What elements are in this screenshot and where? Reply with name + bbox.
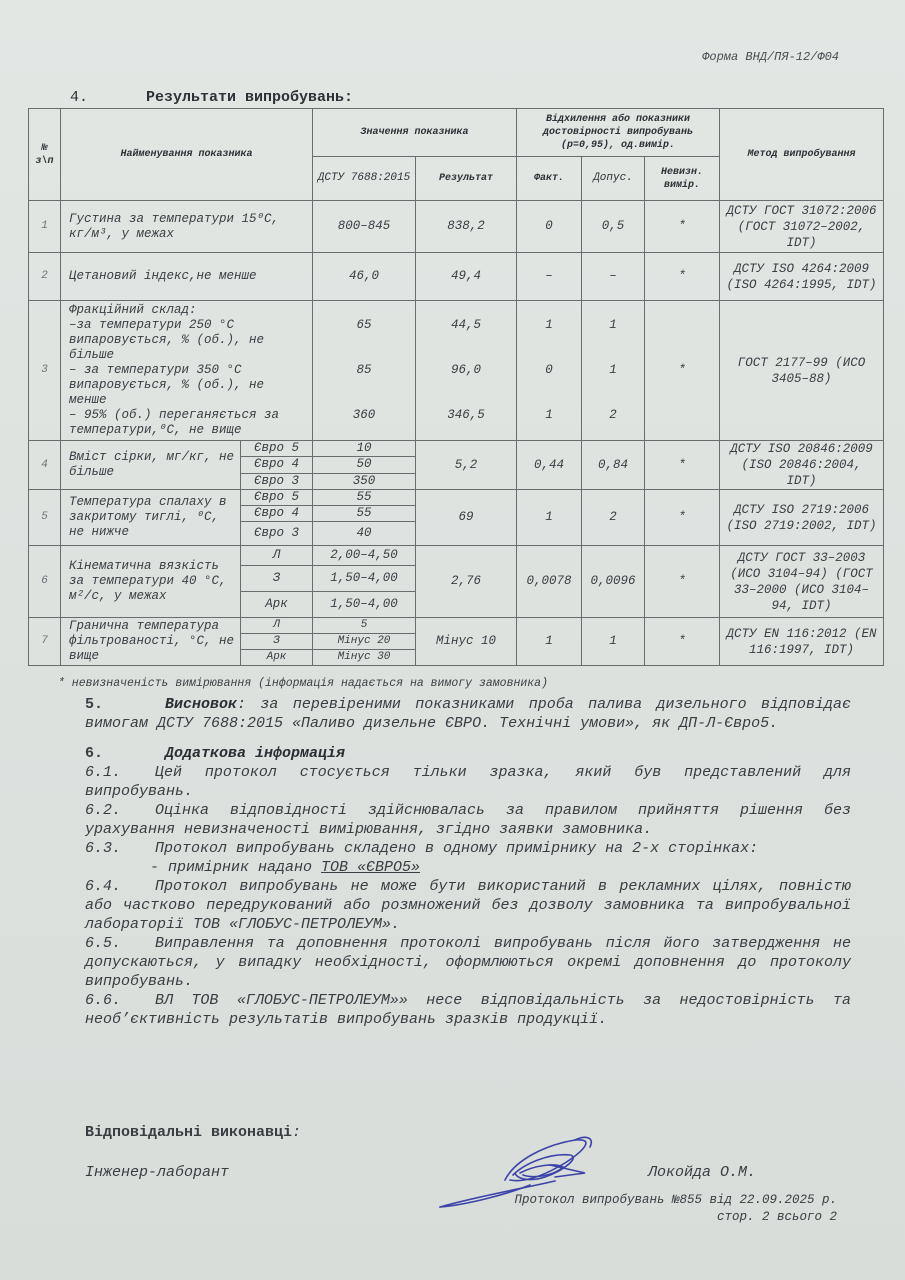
sub-value: 96,0 (420, 363, 512, 378)
row-result: 49,4 (416, 253, 517, 301)
class-label: З (241, 566, 313, 592)
class-label: Євро 3 (241, 473, 313, 489)
body-text: 5.Висновок: за перевіреними показниками … (85, 695, 851, 1029)
signatory-role: Інженер-лаборант (85, 1164, 229, 1181)
signatory-name: Локойда О.М. (648, 1164, 756, 1181)
row-uncertainty: * (645, 441, 720, 490)
sub-value: 346,5 (420, 408, 512, 423)
row-uncertainty: * (645, 546, 720, 618)
table-row: 1 Густина за температури 15⁰С, кг/м³, у … (29, 201, 884, 253)
row-name: Цетановий індекс,не менше (61, 253, 313, 301)
row-tolerance: 0,0096 (582, 546, 645, 618)
table-row: 2 Цетановий індекс,не менше 46,0 49,4 – … (29, 253, 884, 301)
document-page: Форма ВНД/ПЯ-12/Ф04 4.Результати випробу… (0, 0, 905, 1280)
item-number: 6.3. (85, 839, 155, 858)
item-number: 6.5. (85, 934, 155, 953)
sub-value: 0 (521, 363, 577, 378)
class-value: 1,50–4,00 (313, 592, 416, 618)
row-method: ДСТУ ISO 2719:2006 (ISO 2719:2002, IDT) (720, 490, 884, 546)
header-name: Найменування показника (61, 109, 313, 201)
row-dstu: 46,0 (313, 253, 416, 301)
row-uncertainty: * (645, 618, 720, 666)
row-tolerance: 2 (582, 490, 645, 546)
section-6-title: 6.Додаткова інформація (85, 744, 851, 763)
class-label: Євро 3 (241, 522, 313, 546)
row-uncertainty: * (645, 253, 720, 301)
class-value: 350 (313, 473, 416, 489)
section-6-heading: Додаткова інформація (165, 745, 345, 762)
class-value: Мінус 30 (313, 650, 416, 666)
results-table: № з\п Найменування показника Значення по… (28, 108, 884, 666)
row-name: Вміст сірки, мг/кг, не більше (61, 441, 241, 490)
copy-recipient: ТОВ «ЄВРО5» (321, 859, 420, 876)
row-result: 69 (416, 490, 517, 546)
row-method: ГОСТ 2177–99 (ИСО 3405–88) (720, 301, 884, 441)
row-name-line: –за температури 250 °С випаровується, % … (69, 318, 308, 363)
responsible-title: Відповідальні виконавці: (85, 1124, 301, 1141)
row-result: 5,2 (416, 441, 517, 490)
section-6-number: 6. (85, 744, 165, 763)
item-text: Цей протокол стосується тільки зразка, я… (85, 764, 851, 800)
row-fact: 0,44 (517, 441, 582, 490)
section-4-number: 4. (70, 89, 146, 106)
class-label: Арк (241, 592, 313, 618)
item-number: 6.4. (85, 877, 155, 896)
class-label: Євро 4 (241, 506, 313, 522)
header-value-group: Значення показника (313, 109, 517, 157)
header-result: Результат (416, 157, 517, 201)
class-label: Євро 5 (241, 490, 313, 506)
class-value: 1,50–4,00 (313, 566, 416, 592)
header-uncertainty: Невизн. вимір. (645, 157, 720, 201)
row-name: Температура спалаху в закритому тиглі, ⁰… (61, 490, 241, 546)
row-num: 1 (29, 201, 61, 253)
page-number: стор. 2 всього 2 (514, 1209, 837, 1226)
header-dstu: ДСТУ 7688:2015 (313, 157, 416, 201)
row-tolerance: 0,84 (582, 441, 645, 490)
table-row: 6 Кінематична вязкість за температури 40… (29, 546, 884, 566)
row-name-line: – за температури 350 °С випаровується, %… (69, 363, 308, 408)
row-uncertainty: * (645, 301, 720, 441)
sub-value: 44,5 (420, 318, 512, 333)
row-dstu: 800–845 (313, 201, 416, 253)
section-4-heading: Результати випробувань: (146, 89, 353, 106)
header-deviation-group: Відхилення або показники достовірності в… (517, 109, 720, 157)
class-value: Мінус 20 (313, 634, 416, 650)
row-name: Густина за температури 15⁰С, кг/м³, у ме… (61, 201, 313, 253)
table-row: 3 Фракційний склад: –за температури 250 … (29, 301, 884, 441)
row-num: 5 (29, 490, 61, 546)
row-tolerance: 1 1 2 (582, 301, 645, 441)
header-fact: Факт. (517, 157, 582, 201)
row-num: 3 (29, 301, 61, 441)
conclusion-label: Висновок (165, 696, 237, 713)
sub-value: 1 (521, 408, 577, 423)
row-name-line: Фракційний склад: (69, 303, 308, 318)
class-value: 2,00–4,50 (313, 546, 416, 566)
row-tolerance: – (582, 253, 645, 301)
row-num: 4 (29, 441, 61, 490)
row-result: 44,5 96,0 346,5 (416, 301, 517, 441)
row-fact: – (517, 253, 582, 301)
class-label: Євро 4 (241, 457, 313, 473)
row-fact: 1 (517, 490, 582, 546)
row-result: Мінус 10 (416, 618, 517, 666)
class-label: Євро 5 (241, 441, 313, 457)
row-uncertainty: * (645, 201, 720, 253)
row-method: ДСТУ ГОСТ 31072:2006 (ГОСТ 31072–2002, I… (720, 201, 884, 253)
class-value: 10 (313, 441, 416, 457)
item-number: 6.2. (85, 801, 155, 820)
section-5-conclusion: 5.Висновок: за перевіреними показниками … (85, 695, 851, 733)
sub-value: 360 (317, 408, 411, 423)
class-value: 40 (313, 522, 416, 546)
row-num: 6 (29, 546, 61, 618)
item-6-6: 6.6.ВЛ ТОВ «ГЛОБУС-ПЕТРОЛЕУМ»» несе відп… (85, 991, 851, 1029)
row-num: 2 (29, 253, 61, 301)
row-fact: 0,0078 (517, 546, 582, 618)
row-method: ДСТУ ГОСТ 33–2003 (ИСО 3104–94) (ГОСТ 33… (720, 546, 884, 618)
row-result: 2,76 (416, 546, 517, 618)
class-value: 5 (313, 618, 416, 634)
header-row-1: № з\п Найменування показника Значення по… (29, 109, 884, 157)
table-row: 5 Температура спалаху в закритому тиглі,… (29, 490, 884, 506)
header-tolerance: Допус. (582, 157, 645, 201)
item-text: ВЛ ТОВ «ГЛОБУС-ПЕТРОЛЕУМ»» несе відповід… (85, 992, 851, 1028)
item-text: Оцінка відповідності здійснювалась за пр… (85, 802, 851, 838)
section-4-title: 4.Результати випробувань: (70, 89, 353, 106)
row-fact: 1 (517, 618, 582, 666)
class-value: 55 (313, 490, 416, 506)
class-label: Арк (241, 650, 313, 666)
row-name-line: – 95% (об.) переганяється за температури… (69, 408, 308, 438)
item-text: Протокол випробувань не може бути викори… (85, 878, 851, 933)
class-value: 55 (313, 506, 416, 522)
row-fact: 0 (517, 201, 582, 253)
row-name: Кінематична вязкість за температури 40 °… (61, 546, 241, 618)
row-method: ДСТУ ISO 4264:2009 (ISO 4264:1995, IDT) (720, 253, 884, 301)
row-num: 7 (29, 618, 61, 666)
row-method: ДСТУ EN 116:2012 (EN 116:1997, IDT) (720, 618, 884, 666)
item-6-3: 6.3.Протокол випробувань складено в одно… (85, 839, 851, 858)
class-label: З (241, 634, 313, 650)
row-uncertainty: * (645, 490, 720, 546)
header-num: № з\п (29, 109, 61, 201)
copy-prefix: - примірник надано (150, 859, 321, 876)
row-tolerance: 1 (582, 618, 645, 666)
item-number: 6.1. (85, 763, 155, 782)
class-label: Л (241, 546, 313, 566)
row-dstu: 65 85 360 (313, 301, 416, 441)
table-row: 4 Вміст сірки, мг/кг, не більше Євро 5 1… (29, 441, 884, 457)
sub-value: 1 (521, 318, 577, 333)
row-name: Гранична температура фільтрованості, °С,… (61, 618, 241, 666)
protocol-footer: Протокол випробувань №855 від 22.09.2025… (514, 1192, 837, 1226)
sub-value: 85 (317, 363, 411, 378)
class-value: 50 (313, 457, 416, 473)
item-6-4: 6.4.Протокол випробувань не може бути ви… (85, 877, 851, 934)
table-row: 7 Гранична температура фільтрованості, °… (29, 618, 884, 634)
class-label: Л (241, 618, 313, 634)
form-code: Форма ВНД/ПЯ-12/Ф04 (702, 50, 839, 64)
row-fact: 1 0 1 (517, 301, 582, 441)
item-number: 6.6. (85, 991, 155, 1010)
row-name: Фракційний склад: –за температури 250 °С… (61, 301, 313, 441)
sub-value: 65 (317, 318, 411, 333)
item-text: Протокол випробувань складено в одному п… (155, 840, 758, 857)
item-6-1: 6.1.Цей протокол стосується тільки зразк… (85, 763, 851, 801)
row-result: 838,2 (416, 201, 517, 253)
sub-value: 2 (586, 408, 640, 423)
copy-recipient-line: - примірник надано ТОВ «ЄВРО5» (85, 858, 851, 877)
sub-value: 1 (586, 363, 640, 378)
section-5-number: 5. (85, 695, 165, 714)
header-method: Метод випробування (720, 109, 884, 201)
item-text: Виправлення та доповнення протоколі випр… (85, 935, 851, 990)
item-6-5: 6.5.Виправлення та доповнення протоколі … (85, 934, 851, 991)
item-6-2: 6.2.Оцінка відповідності здійснювалась з… (85, 801, 851, 839)
protocol-number: Протокол випробувань №855 від 22.09.2025… (514, 1192, 837, 1209)
row-tolerance: 0,5 (582, 201, 645, 253)
responsible-heading: Відповідальні виконавці (85, 1124, 292, 1141)
sub-value: 1 (586, 318, 640, 333)
row-method: ДСТУ ISO 20846:2009 (ISO 20846:2004, IDT… (720, 441, 884, 490)
table-footnote: * невизначеність вимірювання (інформація… (58, 677, 548, 690)
